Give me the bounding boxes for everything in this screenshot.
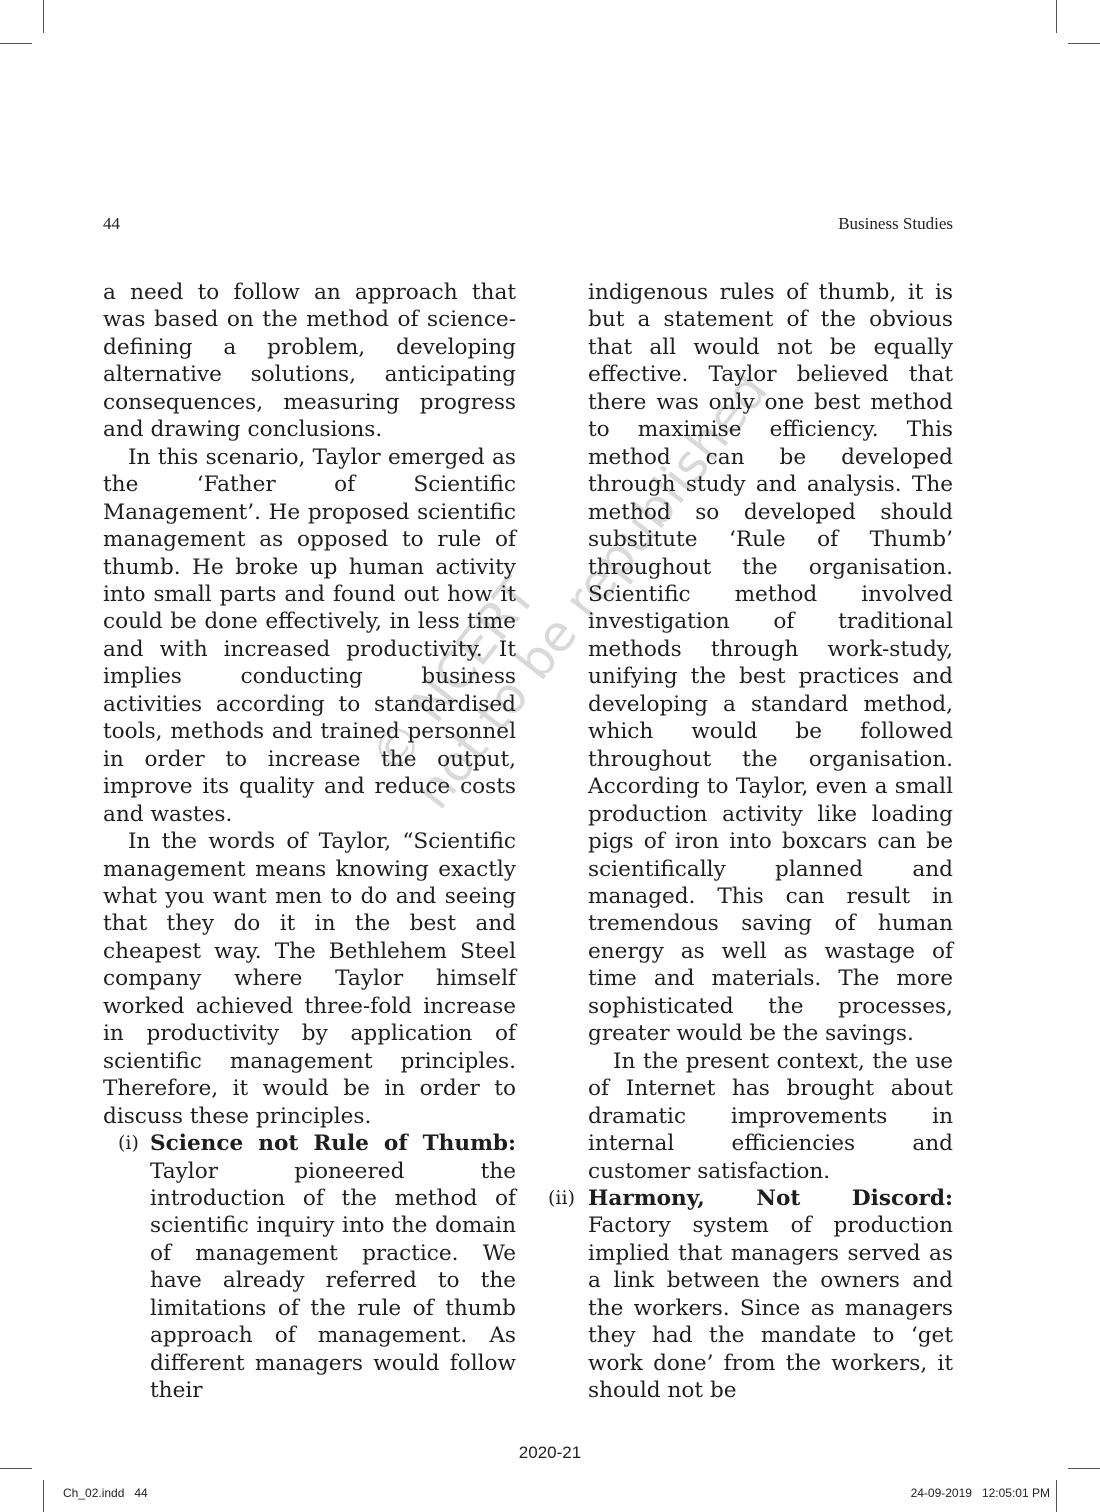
page-number: 44 xyxy=(103,214,120,234)
print-timestamp: 24-09-2019 12:05:01 PM xyxy=(911,1486,1050,1500)
crop-mark xyxy=(1056,0,1057,33)
paragraph: In this scenario, Taylor emerged as the … xyxy=(103,444,516,828)
crop-mark xyxy=(43,1480,44,1512)
principle-item-i: (i) Science not Rule of Thumb: Taylor pi… xyxy=(150,1130,516,1405)
item-number: (ii) xyxy=(548,1185,575,1212)
crop-mark xyxy=(1068,1468,1100,1469)
item-text: Taylor pioneered the introduction of the… xyxy=(150,1159,516,1404)
item-heading: Science not Rule of Thumb: xyxy=(150,1131,516,1156)
item-number: (i) xyxy=(118,1130,139,1157)
principle-item-ii: (ii) Harmony, Not Discord: Factory syste… xyxy=(588,1185,953,1405)
running-title: Business Studies xyxy=(838,214,953,234)
item-heading: Harmony, Not Discord: xyxy=(588,1186,953,1211)
left-column: a need to follow an approach that was ba… xyxy=(103,279,516,1405)
crop-mark xyxy=(0,1468,32,1469)
right-column: indigenous rules of thumb, it is but a s… xyxy=(588,279,953,1405)
file-slug: Ch_02.indd 44 xyxy=(63,1486,148,1500)
paragraph: a need to follow an approach that was ba… xyxy=(103,279,516,444)
item-text: Factory system of production implied tha… xyxy=(588,1213,953,1403)
academic-year: 2020-21 xyxy=(0,1443,1100,1463)
paragraph: indigenous rules of thumb, it is but a s… xyxy=(588,279,953,1048)
paragraph: In the words of Taylor, “Scientific mana… xyxy=(103,828,516,1130)
crop-mark xyxy=(1056,1480,1057,1512)
paragraph: In the present context, the use of Inter… xyxy=(588,1048,953,1185)
crop-mark xyxy=(1068,43,1100,44)
crop-mark xyxy=(0,43,32,44)
crop-mark xyxy=(43,0,44,33)
